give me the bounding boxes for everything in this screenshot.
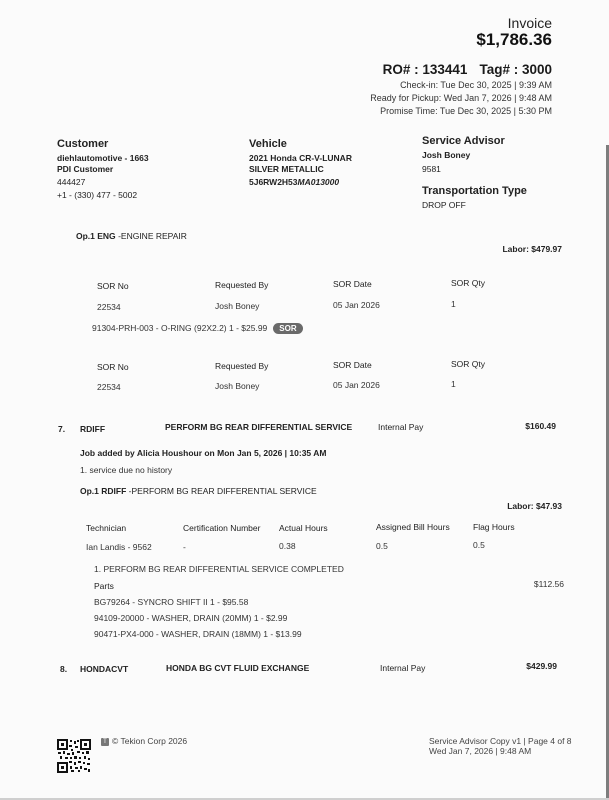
- customer-id: 444427: [57, 177, 149, 188]
- invoice-total: $1,786.36: [476, 30, 552, 50]
- transport-heading: Transportation Type: [422, 185, 527, 197]
- eng-labor: Labor: $479.97: [502, 244, 562, 254]
- sor2-header-requested: Requested By: [215, 361, 268, 371]
- sor2-row-qty: 1: [451, 379, 456, 389]
- job7-completed: 1. PERFORM BG REAR DIFFERENTIAL SERVICE …: [94, 564, 344, 574]
- eng-op-desc: -ENGINE REPAIR: [118, 231, 187, 241]
- job8-amount: $429.99: [526, 661, 557, 671]
- job8-title: HONDA BG CVT FLUID EXCHANGE: [166, 663, 309, 673]
- eng-op-code: Op.1 ENG: [76, 231, 116, 241]
- ready-for-pickup: Ready for Pickup: Wed Jan 7, 2026 | 9:48…: [370, 93, 552, 103]
- qr-code-icon: [57, 739, 91, 773]
- customer-phone: +1 - (330) 477 - 5002: [57, 190, 149, 201]
- parts-label: Parts: [94, 581, 114, 591]
- job7-code: RDIFF: [80, 424, 105, 434]
- sor-row1-no: 22534: [97, 302, 121, 312]
- vehicle-block: Vehicle 2021 Honda CR-V-LUNAR SILVER MET…: [249, 138, 352, 188]
- parts-total: $112.56: [534, 579, 564, 589]
- invoice-page: Invoice $1,786.36 RO# : 133441Tag# : 300…: [0, 0, 609, 800]
- tech-row-flag: 0.5: [473, 540, 485, 550]
- customer-block: Customer diehlautomotive - 1663 PDI Cust…: [57, 138, 149, 201]
- customer-type: PDI Customer: [57, 164, 149, 175]
- tech-header-assigned: Assigned Bill Hours: [376, 522, 450, 532]
- job7-op-code: Op.1 RDIFF: [80, 486, 126, 496]
- sor-header-date: SOR Date: [333, 279, 372, 289]
- customer-name: diehlautomotive - 1663: [57, 153, 149, 164]
- tag-number: Tag# : 3000: [479, 62, 552, 77]
- job7-title: PERFORM BG REAR DIFFERENTIAL SERVICE: [165, 422, 352, 432]
- footer-printed: Wed Jan 7, 2026 | 9:48 AM: [429, 746, 531, 756]
- advisor-block: Service Advisor Josh Boney 9581 Transpor…: [422, 135, 527, 211]
- vin-suffix: MA013000: [298, 177, 340, 187]
- job8-pay-type: Internal Pay: [380, 663, 425, 673]
- job7-note: 1. service due no history: [80, 465, 172, 475]
- vehicle-heading: Vehicle: [249, 138, 352, 150]
- tech-header-flag: Flag Hours: [473, 522, 515, 532]
- transport-value: DROP OFF: [422, 200, 527, 211]
- invoice-title: Invoice: [508, 15, 552, 31]
- sor-row1-date: 05 Jan 2026: [333, 300, 380, 310]
- footer-copy-info: Service Advisor Copy v1 | Page 4 of 8: [429, 736, 572, 746]
- copyright-text: © Tekion Corp 2026: [112, 736, 187, 746]
- ro-tag-line: RO# : 133441Tag# : 3000: [383, 62, 552, 77]
- sor2-header-qty: SOR Qty: [451, 359, 485, 369]
- promise-time: Promise Time: Tue Dec 30, 2025 | 5:30 PM: [380, 106, 552, 116]
- part-item-3: 90471-PX4-000 - WASHER, DRAIN (18MM) 1 -…: [94, 629, 302, 639]
- customer-heading: Customer: [57, 138, 149, 150]
- sor-header-requested: Requested By: [215, 280, 268, 290]
- sor2-header-date: SOR Date: [333, 360, 372, 370]
- sor2-row-requested: Josh Boney: [215, 381, 259, 391]
- part-item-1: BG79264 - SYNCRO SHIFT II 1 - $95.58: [94, 597, 248, 607]
- job7-op-line: Op.1 RDIFF -PERFORM BG REAR DIFFERENTIAL…: [80, 486, 317, 496]
- sor-header-no: SOR No: [97, 281, 129, 291]
- job8-number: 8.: [60, 664, 67, 674]
- advisor-id: 9581: [422, 164, 527, 175]
- job7-added-by: Job added by Alicia Houshour on Mon Jan …: [80, 448, 326, 458]
- part-item-2: 94109-20000 - WASHER, DRAIN (20MM) 1 - $…: [94, 613, 287, 623]
- sor2-row-date: 05 Jan 2026: [333, 380, 380, 390]
- vin-prefix: 5J6RW2H53: [249, 177, 298, 187]
- footer-copyright: T© Tekion Corp 2026: [101, 736, 187, 746]
- tech-header-cert: Certification Number: [183, 523, 260, 533]
- sor2-row-no: 22534: [97, 382, 121, 392]
- tech-header-technician: Technician: [86, 523, 126, 533]
- sor-row1-requested: Josh Boney: [215, 301, 259, 311]
- ro-number: RO# : 133441: [383, 62, 468, 77]
- eng-part-desc: 91304-PRH-003 - O-RING (92X2.2) 1 - $25.…: [92, 323, 267, 333]
- check-in: Check-in: Tue Dec 30, 2025 | 9:39 AM: [400, 80, 552, 90]
- job7-op-desc: -PERFORM BG REAR DIFFERENTIAL SERVICE: [129, 486, 317, 496]
- job7-number: 7.: [58, 424, 65, 434]
- tekion-logo-icon: T: [101, 738, 109, 746]
- job7-pay-type: Internal Pay: [378, 422, 423, 432]
- tech-row-cert: -: [183, 542, 186, 552]
- tech-row-assigned: 0.5: [376, 541, 388, 551]
- tech-header-actual: Actual Hours: [279, 523, 328, 533]
- vehicle-color: SILVER METALLIC: [249, 164, 352, 175]
- sor-badge: SOR: [273, 323, 302, 334]
- tech-row-actual: 0.38: [279, 541, 296, 551]
- vehicle-model: 2021 Honda CR-V-LUNAR: [249, 153, 352, 164]
- sor-header-qty: SOR Qty: [451, 278, 485, 288]
- job7-amount: $160.49: [525, 421, 556, 431]
- job8-code: HONDACVT: [80, 664, 128, 674]
- job7-labor: Labor: $47.93: [507, 501, 562, 511]
- sor-row1-qty: 1: [451, 299, 456, 309]
- eng-op-line: Op.1 ENG -ENGINE REPAIR: [76, 231, 187, 241]
- eng-part-line: 91304-PRH-003 - O-RING (92X2.2) 1 - $25.…: [92, 323, 303, 334]
- tech-row-technician: Ian Landis - 9562: [86, 542, 152, 552]
- advisor-name: Josh Boney: [422, 150, 527, 161]
- advisor-heading: Service Advisor: [422, 135, 527, 147]
- vehicle-vin: 5J6RW2H53MA013000: [249, 177, 352, 188]
- sor2-header-no: SOR No: [97, 362, 129, 372]
